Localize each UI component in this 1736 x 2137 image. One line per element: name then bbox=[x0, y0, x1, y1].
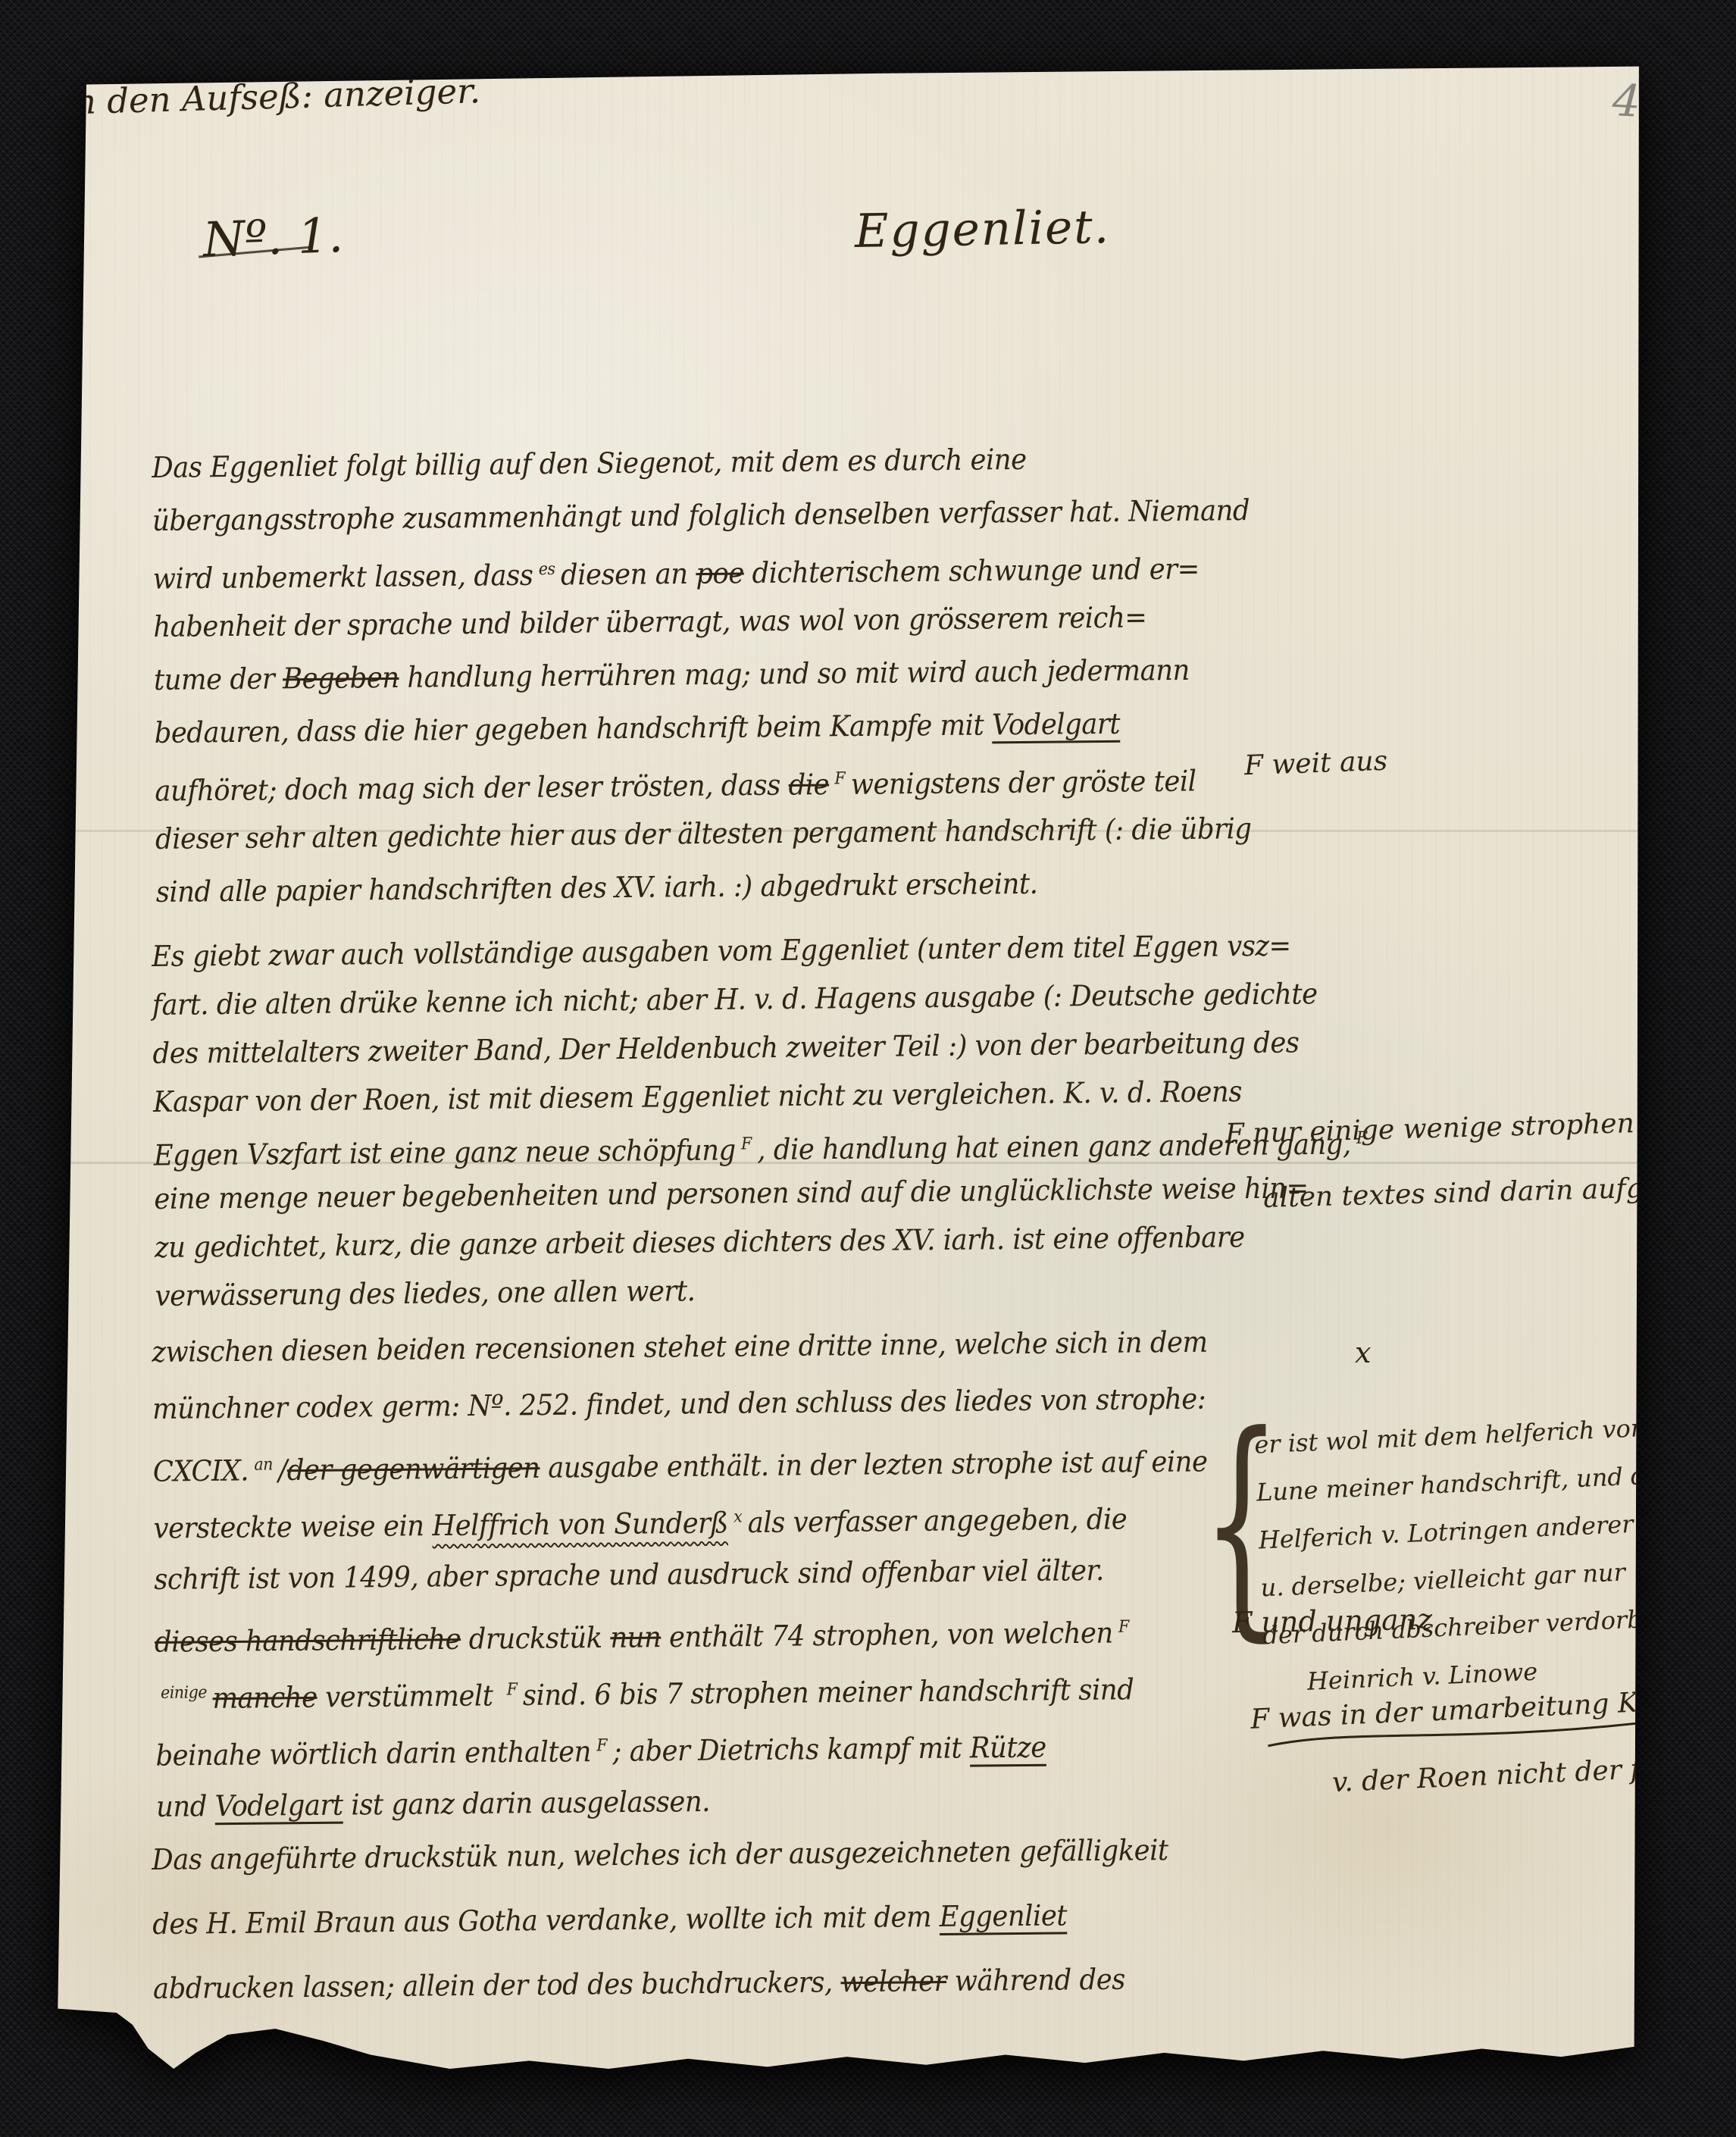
text-segment: abdrucken lassen; allein der tod des buc… bbox=[153, 1965, 841, 2005]
text-segment: zwischen diesen beiden recensionen stehe… bbox=[152, 1325, 1208, 1369]
text-segment: fart. die alten drüke kenne ich nicht; a… bbox=[152, 977, 1318, 1022]
body-paragraph-4: Das angeführte druckstük nun, welches ic… bbox=[152, 1818, 1170, 2021]
page-title: Eggenliet. bbox=[854, 200, 1110, 258]
archive-label: In den Aufseß: anzeiger. bbox=[60, 70, 480, 122]
margin-note-line: alten textes sind darin aufgenomen, bbox=[1226, 1153, 1736, 1232]
text-segment: als verfasser angegeben, die bbox=[748, 1502, 1128, 1539]
text-segment: / bbox=[278, 1453, 287, 1487]
struck-text: nun bbox=[610, 1620, 661, 1654]
text-segment: habenheit der sprache und bilder überrag… bbox=[153, 600, 1146, 643]
struck-text: der gegenwärtigen bbox=[287, 1451, 540, 1487]
manuscript-paper: In den Aufseß: anzeiger. 4 Nº. 1. Eggenl… bbox=[53, 64, 1641, 2069]
text-segment: enthält 74 strophen, von welchen bbox=[661, 1616, 1113, 1654]
text-segment: tume der bbox=[154, 662, 283, 696]
text-segment: Eggenliet bbox=[940, 1898, 1068, 1933]
manuscript-line: zwischen diesen beiden recensionen stehe… bbox=[152, 1314, 1208, 1381]
text-segment: ausgabe enthält. in der lezten strophe i… bbox=[540, 1444, 1207, 1484]
text-segment: Eggen Vszfart ist eine ganz neue schöpfu… bbox=[154, 1133, 736, 1172]
manuscript-line: einigemanche verstümmelt Fsind. 6 bis 7 … bbox=[155, 1655, 1211, 1722]
insertion-mark-x: x bbox=[1355, 1336, 1371, 1369]
text-segment: ; aber Dietrichs kampf mit bbox=[612, 1731, 970, 1768]
text-segment: Es giebt zwar auch vollständige ausgaben… bbox=[152, 929, 1291, 973]
text-segment: versteckte weise ein bbox=[153, 1509, 432, 1545]
manuscript-line: CXCIX.an/der gegenwärtigen ausgabe enthä… bbox=[152, 1428, 1209, 1494]
insertion-mark: F bbox=[741, 1134, 752, 1153]
manuscript-line: dieses handschriftliche druckstük nun en… bbox=[155, 1598, 1211, 1665]
struck-text: Begeben bbox=[283, 661, 399, 695]
text-segment: des H. Emil Braun aus Gotha verdanke, wo… bbox=[152, 1900, 940, 1941]
text-segment: handlung herrühren mag; und so mit wird … bbox=[399, 653, 1190, 694]
struck-text: welcher bbox=[840, 1964, 946, 1998]
struck-text: poe bbox=[696, 556, 744, 590]
text-segment: verstümmelt bbox=[317, 1679, 501, 1713]
text-segment: beinahe wörtlich darin enthalten bbox=[155, 1735, 591, 1772]
margin-note-strophen: F nur einige wenige strophen des alten t… bbox=[1225, 1088, 1736, 1232]
text-segment: Das Eggenliet folgt billig auf den Siege… bbox=[152, 443, 1027, 484]
text-segment: Helffrich von Sunderß bbox=[432, 1506, 728, 1542]
text-segment: bedauren, dass die hier gegeben handschr… bbox=[154, 708, 992, 749]
manuscript-line: münchner codex germ: Nº. 252. findet, un… bbox=[152, 1371, 1209, 1438]
insertion-mark: F bbox=[507, 1680, 518, 1699]
page-number: 4 bbox=[1611, 74, 1641, 127]
insertion-mark: F bbox=[1118, 1618, 1129, 1637]
body-paragraph-1: Das Eggenliet folgt billig auf den Siege… bbox=[152, 430, 1253, 918]
number-heading: Nº. 1. bbox=[202, 208, 344, 268]
manuscript-line: schrift ist von 1499, aber sprache und a… bbox=[154, 1541, 1210, 1608]
text-segment: sind. 6 bis 7 strophen meiner handschrif… bbox=[523, 1672, 1134, 1712]
text-segment: übergangsstrophe zusammenhängt und folgl… bbox=[152, 493, 1250, 537]
text-segment: druckstük bbox=[461, 1621, 611, 1656]
text-segment: Kaspar von der Roen, ist mit diesem Egge… bbox=[153, 1075, 1242, 1119]
margin-note-umarbeitung: F was in der umarbeitung Kasp: v. der Ro… bbox=[1249, 1667, 1699, 1819]
photograph-background: In den Aufseß: anzeiger. 4 Nº. 1. Eggenl… bbox=[0, 0, 1736, 2137]
margin-note-unganz: F und unganz bbox=[1232, 1603, 1433, 1640]
body-paragraph-2: Es giebt zwar auch vollständige ausgaben… bbox=[152, 921, 1374, 1320]
insertion-mark: an bbox=[254, 1455, 273, 1474]
margin-note-line: F nur einige wenige strophen des bbox=[1225, 1088, 1736, 1167]
text-segment: dieser sehr alten gedichte hier aus der … bbox=[155, 812, 1252, 856]
text-segment: während des bbox=[946, 1963, 1125, 1998]
text-segment: und bbox=[156, 1789, 215, 1823]
manuscript-sheet: In den Aufseß: anzeiger. 4 Nº. 1. Eggenl… bbox=[53, 64, 1641, 2069]
margin-note-weit-aus: F weit aus bbox=[1243, 746, 1387, 782]
manuscript-line: sind alle papier handschriften des XV. i… bbox=[155, 855, 1253, 918]
text-segment: wird unbemerkt lassen, dass bbox=[153, 558, 533, 596]
struck-text: manche bbox=[212, 1681, 317, 1715]
manuscript-line: versteckte weise ein Helffrich von Sunde… bbox=[153, 1485, 1209, 1551]
body-paragraph-3: zwischen diesen beiden recensionen stehe… bbox=[152, 1314, 1212, 1835]
text-segment: Vodelgart bbox=[214, 1788, 343, 1823]
text-segment: eine menge neuer begebenheiten und perso… bbox=[154, 1171, 1309, 1216]
text-segment: schrift ist von 1499, aber sprache und a… bbox=[154, 1553, 1104, 1596]
text-segment: münchner codex germ: Nº. 252. findet, un… bbox=[152, 1382, 1206, 1425]
insertion-mark: einige bbox=[161, 1683, 207, 1703]
insertion-mark: x bbox=[733, 1508, 742, 1527]
insertion-mark: es bbox=[539, 560, 555, 579]
text-segment: zu gedichtet, kurz, die ganze arbeit die… bbox=[155, 1220, 1245, 1264]
text-segment: ist ganz darin ausgelassen. bbox=[343, 1785, 710, 1822]
text-segment: wenigstens der gröste teil bbox=[850, 764, 1196, 800]
text-segment: aufhöret; doch mag sich der leser tröste… bbox=[155, 768, 789, 808]
text-segment: CXCIX. bbox=[153, 1453, 249, 1488]
text-segment: Das angeführte druckstük nun, welches ic… bbox=[152, 1833, 1168, 1876]
text-segment: Vodelgart bbox=[992, 707, 1120, 742]
text-segment: verwässerung des liedes, one allen wert. bbox=[155, 1274, 695, 1313]
text-segment: des mittelalters zweiter Band, Der Helde… bbox=[152, 1025, 1299, 1070]
struck-text: dieses handschriftliche bbox=[155, 1622, 461, 1659]
manuscript-line: beinahe wörtlich darin enthaltenF; aber … bbox=[155, 1712, 1212, 1779]
text-segment: diesen an bbox=[561, 557, 696, 592]
manuscript-line: dieser sehr alten gedichte hier aus der … bbox=[155, 802, 1253, 865]
manuscript-line: Das angeführte druckstük nun, welches ic… bbox=[152, 1818, 1168, 1892]
manuscript-line: des H. Emil Braun aus Gotha verdanke, wo… bbox=[152, 1882, 1169, 1957]
struck-text: die bbox=[788, 768, 829, 802]
insertion-mark: F bbox=[596, 1736, 607, 1755]
margin-note-helferich: er ist wol mit dem helferich von Lune me… bbox=[1253, 1403, 1698, 1708]
text-segment: sind alle papier handschriften des XV. i… bbox=[156, 867, 1038, 909]
text-segment: dichterischem schwunge und er= bbox=[744, 552, 1200, 590]
insertion-mark: F bbox=[834, 769, 845, 788]
manuscript-line: abdrucken lassen; allein der tod des buc… bbox=[153, 1947, 1170, 2021]
text-segment: Rütze bbox=[970, 1730, 1046, 1764]
